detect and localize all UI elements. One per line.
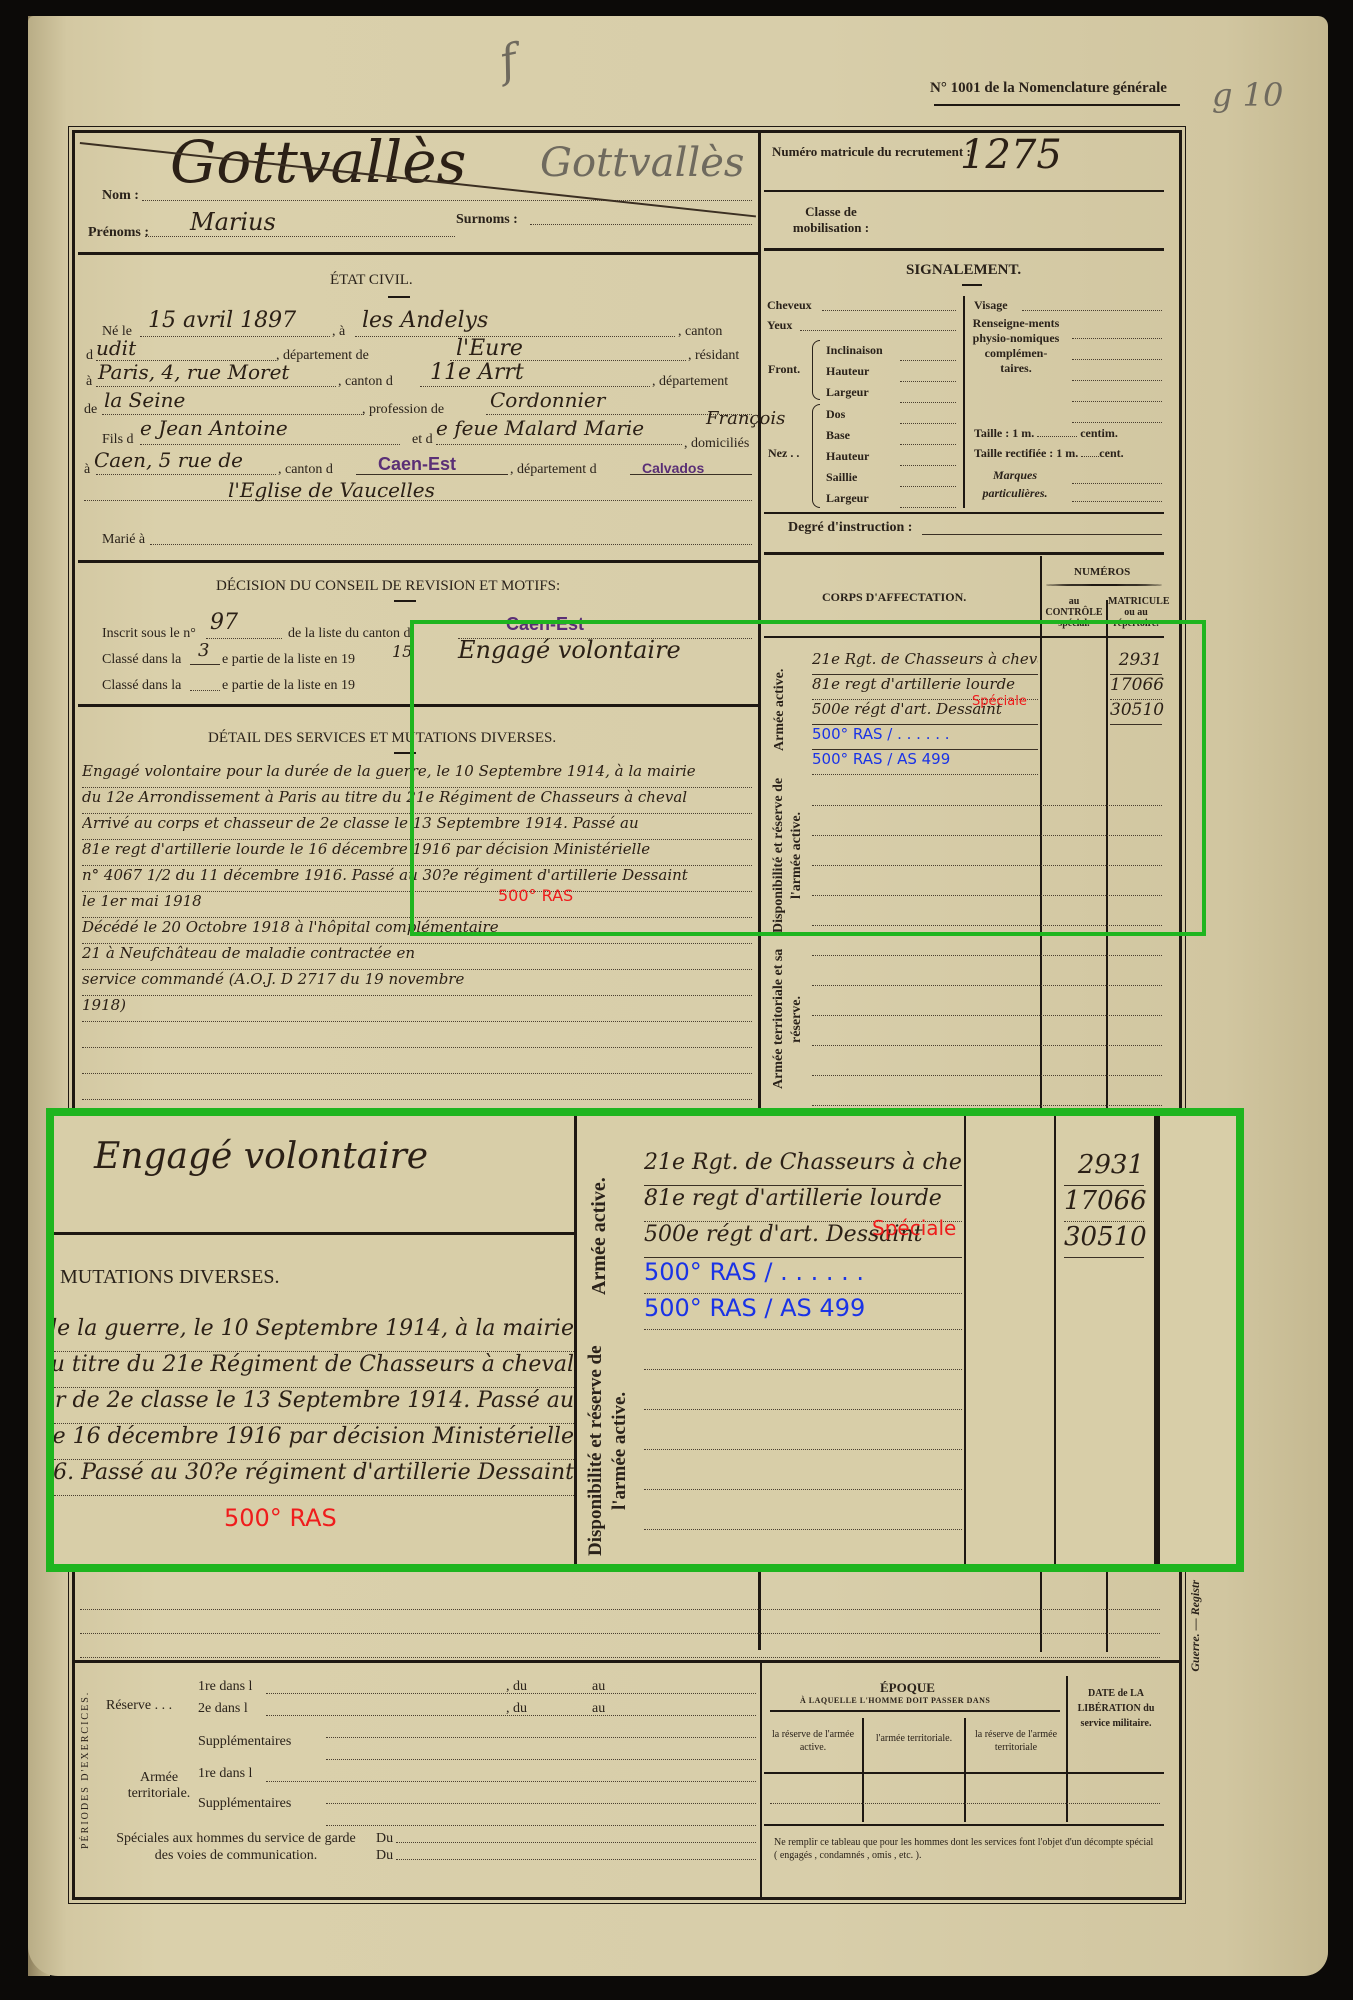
inset-service-line: 81e regt d'artillerie lourde le 16 décem… [54, 1424, 574, 1460]
domicilies-label: , domiciliés [684, 436, 749, 452]
inscrit-label: Inscrit sous le n° [102, 626, 196, 642]
epoque-subtitle: À LAQUELLE L'HOMME DOIT PASSER DANS [800, 1696, 990, 1705]
au-label: au [592, 1698, 605, 1720]
degre-line [922, 534, 1162, 535]
residence-prefix: à [86, 374, 92, 390]
nez-brace [812, 404, 820, 508]
nez-largeur-label: Largeur [826, 488, 869, 509]
reserve-row-2: 2e dans l [198, 1698, 252, 1720]
cheveux-line [822, 310, 956, 311]
inset-blue-annotation: 500° RAS / AS 499 [644, 1294, 962, 1330]
residence-dept-prefix: de [84, 402, 97, 418]
signalement-title: SIGNALEMENT. [906, 262, 1021, 279]
residence-dept-line [102, 414, 364, 415]
numeros-rule [1046, 584, 1162, 586]
nomenclature-header: N° 1001 de la Nomenclature générale [930, 80, 1167, 97]
mere-suffix: François [706, 408, 785, 429]
service-line [82, 1022, 752, 1048]
a-label: , à [332, 324, 345, 340]
classe-label: Classe de mobilisation : [776, 204, 886, 236]
corps-affectation-header: CORPS D'AFFECTATION. [822, 590, 966, 605]
classe2-suffix: e partie de la liste en 19 [222, 678, 355, 694]
residant-label: , résidant [688, 348, 739, 364]
armee-territoriale-label: Armée territoriale. [124, 1770, 194, 1802]
date-liberation-header: DATE de LA LIBÉRATION du service militai… [1070, 1686, 1162, 1731]
canton-prefix: d [86, 348, 93, 364]
residence-canton-value: 11e Arrt [430, 360, 524, 385]
inset-matricule-line [1054, 1116, 1056, 1572]
printer-margin-text: Guerre. — Registr [1188, 1580, 1203, 1672]
profession-label: , profession de [362, 402, 444, 418]
profession-value: Cordonnier [490, 388, 605, 412]
marie-line [150, 544, 752, 545]
pere-line [140, 444, 400, 445]
service-line: 21 à Neufchâteau de maladie contractée e… [82, 944, 752, 970]
nez-label: Nez . . [768, 446, 799, 461]
du-label: , du [506, 1676, 527, 1698]
inscrit-value: 97 [210, 610, 238, 635]
birth-canton-value: udit [96, 336, 136, 360]
epoque-rule [770, 1710, 1060, 1712]
nom-value: Gottvallès [170, 128, 466, 196]
inset-service-line: Arrivé au corps et chasseur de 2e classe… [54, 1388, 574, 1424]
classe1-line [190, 664, 220, 665]
service-line [82, 1048, 752, 1074]
inset-service-line: du 12e Arrondissement à Paris au titre d… [54, 1352, 574, 1388]
matricule-divider [764, 190, 1164, 192]
domicile-value: Caen, 5 rue de [94, 448, 243, 472]
front-hauteur-label: Hauteur [826, 361, 883, 382]
inset-motif: Engagé volontaire [94, 1136, 428, 1177]
inset-divider [54, 1232, 574, 1235]
service-line: 1918) [82, 996, 752, 1022]
front-items: Inclinaison Hauteur Largeur [826, 340, 883, 403]
periodes-title: PÉRIODES D'EXERCICES. [80, 1670, 91, 1870]
caen-est-stamp: Caen-Est [378, 454, 456, 475]
reserve-label: Réserve . . . [106, 1698, 172, 1714]
inset-service-lines: Engagé volontaire pour la durée de la gu… [54, 1316, 574, 1496]
decision-title: DÉCISION DU CONSEIL DE REVISION ET MOTIF… [216, 578, 560, 595]
canton-label: , canton [678, 324, 722, 340]
yeux-line [800, 330, 956, 331]
saillie-label: Saillie [826, 467, 869, 488]
renseignements-lines [1072, 318, 1162, 423]
service-line: service commandé (A.O.J. D 2717 du 19 no… [82, 970, 752, 996]
signalement-left-lines [900, 340, 956, 508]
highlight-box-upper [410, 620, 1206, 936]
reserve-row-1: 1re dans l [198, 1676, 252, 1698]
birth-departement-value: l'Eure [456, 336, 523, 361]
inset-armee-active: Armée active. [588, 1146, 611, 1326]
fils-de-label: Fils d [102, 432, 134, 448]
epoque-header-divider [764, 1772, 1164, 1774]
taille-label: Taille : 1 m. [974, 426, 1034, 440]
prenoms-value: Marius [190, 208, 276, 236]
residence-canton-line [420, 386, 650, 387]
residence-departement-label: , département [652, 374, 728, 390]
degre-divider [764, 552, 1164, 555]
inset-matricule-cell: 2931 [1064, 1150, 1144, 1186]
degre-label: Degré d'instruction : [788, 520, 912, 536]
au-label: au [592, 1676, 605, 1698]
marques-lines [1072, 466, 1162, 502]
identity-divider [78, 252, 758, 255]
title-dash [394, 600, 416, 602]
marques-label: Marques particulières. [974, 466, 1056, 502]
domicile-line [96, 474, 276, 475]
etat-civil-divider [78, 560, 758, 563]
taille-unit: centim. [1080, 426, 1118, 440]
visage-label: Visage [974, 298, 1008, 313]
title-dash [962, 284, 982, 286]
folio-pencil: g 10 [1212, 76, 1283, 114]
inset-controle-line [964, 1116, 966, 1572]
front-brace [812, 340, 820, 400]
base-label: Base [826, 425, 869, 446]
periodes-top-divider [74, 1660, 1182, 1663]
signalement-split [963, 296, 965, 508]
classe-divider [764, 248, 1164, 251]
inset-mutations-title: MUTATIONS DIVERSES. [60, 1266, 280, 1289]
birth-place-value: les Andelys [362, 308, 488, 333]
inclinaison-label: Inclinaison [826, 340, 883, 361]
epoque-col-reserve-active: la réserve de l'armée active. [766, 1728, 860, 1754]
cheveux-label: Cheveux [767, 298, 812, 313]
matricule-label: Numéro matricule du recrutement : [772, 144, 971, 160]
enlarged-inset: Engagé volontaire MUTATIONS DIVERSES. En… [46, 1108, 1244, 1572]
residence-canton-label: , canton d [338, 374, 393, 390]
inset-corps-rows: 21e Rgt. de Chasseurs à cheval 81e regt … [644, 1150, 962, 1530]
du-labels: , du , du [506, 1676, 527, 1720]
service-line [82, 1074, 752, 1100]
classe2-label: Classé dans la [102, 678, 181, 694]
epoque-entries [770, 1790, 1160, 1804]
inset-blue-annotation: 500° RAS / . . . . . . [644, 1258, 962, 1294]
marie-label: Marié à [102, 532, 145, 548]
renseignements-label: Renseigne-ments physio-nomiques compléme… [970, 316, 1062, 376]
inset-service-line: n° 4067 1/2 du 11 décembre 1916. Passé a… [54, 1460, 574, 1496]
front-largeur-label: Largeur [826, 382, 883, 403]
classe1-label: Classé dans la [102, 652, 181, 668]
inset-col-split [574, 1116, 577, 1572]
nez-items: Dos Base Hauteur Saillie Largeur [826, 404, 869, 509]
nom-line [142, 200, 752, 201]
inset-frame-edge [1154, 1116, 1160, 1572]
du-label: , du [506, 1698, 527, 1720]
taille-rectifiee-unit: cent. [1099, 446, 1123, 460]
numeros-header: NUMÉROS [1074, 566, 1130, 578]
residence-line [96, 386, 336, 387]
signalement-divider [764, 512, 1164, 514]
yeux-label: Yeux [767, 318, 792, 333]
surnoms-label: Surnoms : [456, 212, 518, 228]
ne-le-value: 15 avril 1897 [148, 308, 296, 333]
nom-pencil-correction: Gottvallès [540, 140, 744, 186]
header-rule [934, 104, 1180, 106]
inset-red-annotation: 500° RAS [224, 1504, 337, 1532]
epoque-split [760, 1662, 762, 1898]
et-de-label: et d [412, 432, 433, 448]
dos-label: Dos [826, 404, 869, 425]
liste-canton-label: de la liste du canton d [288, 626, 410, 642]
epoque-bottom-divider [764, 1824, 1164, 1826]
residence-departement-value: la Seine [104, 388, 185, 412]
nom-label: Nom : [102, 188, 139, 204]
inset-corps-row: 21e Rgt. de Chasseurs à cheval [644, 1150, 962, 1186]
residence-value: Paris, 4, rue Moret [98, 360, 289, 384]
inscrit-line [206, 638, 282, 639]
reserve-rows: 1re dans l 2e dans l [198, 1676, 252, 1720]
surnoms-line [530, 224, 752, 225]
inset-service-line: Engagé volontaire pour la durée de la gu… [54, 1316, 574, 1352]
departement-label: , département de [276, 348, 369, 364]
territoriale-row-1: 1re dans l [198, 1766, 252, 1782]
domicile-departement-label: , département d [510, 462, 597, 478]
classe2-line [190, 690, 220, 691]
ne-le-line [140, 336, 330, 337]
inset-matricule-cell: 17066 [1064, 1186, 1144, 1222]
taille-rectifiee-row: Taille rectifiée : 1 m. cent. [974, 446, 1124, 461]
taille-row: Taille : 1 m. centim. [974, 426, 1118, 441]
au-labels: au au [592, 1676, 605, 1720]
epoque-col-reserve-territoriale: la réserve de l'armée territoriale [966, 1728, 1066, 1754]
matricule-value: 1275 [960, 132, 1062, 178]
mere-line [436, 444, 682, 445]
front-label: Front. [768, 362, 800, 377]
territoriale-label: Armée territoriale et sa réserve. [770, 944, 806, 1094]
classe1-suffix: e partie de la liste en 19 [222, 652, 355, 668]
prenoms-label: Prénoms : [88, 225, 149, 241]
epoque-title: ÉPOQUE [880, 1680, 935, 1696]
prenoms-line [145, 236, 455, 237]
visage-line [1022, 310, 1162, 311]
epoque-col-territoriale: l'armée territoriale. [866, 1732, 962, 1745]
epoque-col-line [862, 1718, 864, 1822]
domicile-canton-label: , canton d [278, 462, 333, 478]
mere-value: e feue Malard Marie [436, 416, 644, 440]
pere-value: e Jean Antoine [140, 416, 288, 440]
calvados-stamp: Calvados [642, 460, 704, 476]
domicile-line2-value: l'Eglise de Vaucelles [228, 478, 435, 502]
epoque-note: Ne remplir ce tableau que pour les homme… [774, 1836, 1154, 1862]
lower-empty-rows [80, 1586, 1160, 1658]
etat-civil-title: ÉTAT CIVIL. [330, 272, 413, 289]
inset-matricule-rows: 2931 17066 30510 [1064, 1150, 1144, 1258]
nez-hauteur-label: Hauteur [826, 446, 869, 467]
taille-rectifiee-label: Taille rectifiée : 1 m. [974, 446, 1078, 460]
inset-red-speciale: Spéciale [872, 1216, 956, 1240]
classe1-value: 3 [198, 640, 209, 661]
title-dash [388, 296, 410, 298]
domicile-prefix: à [84, 462, 90, 478]
inset-disponibilite: Disponibilité et réserve de l'armée acti… [584, 1336, 632, 1566]
inset-matricule-cell: 30510 [1064, 1222, 1144, 1258]
